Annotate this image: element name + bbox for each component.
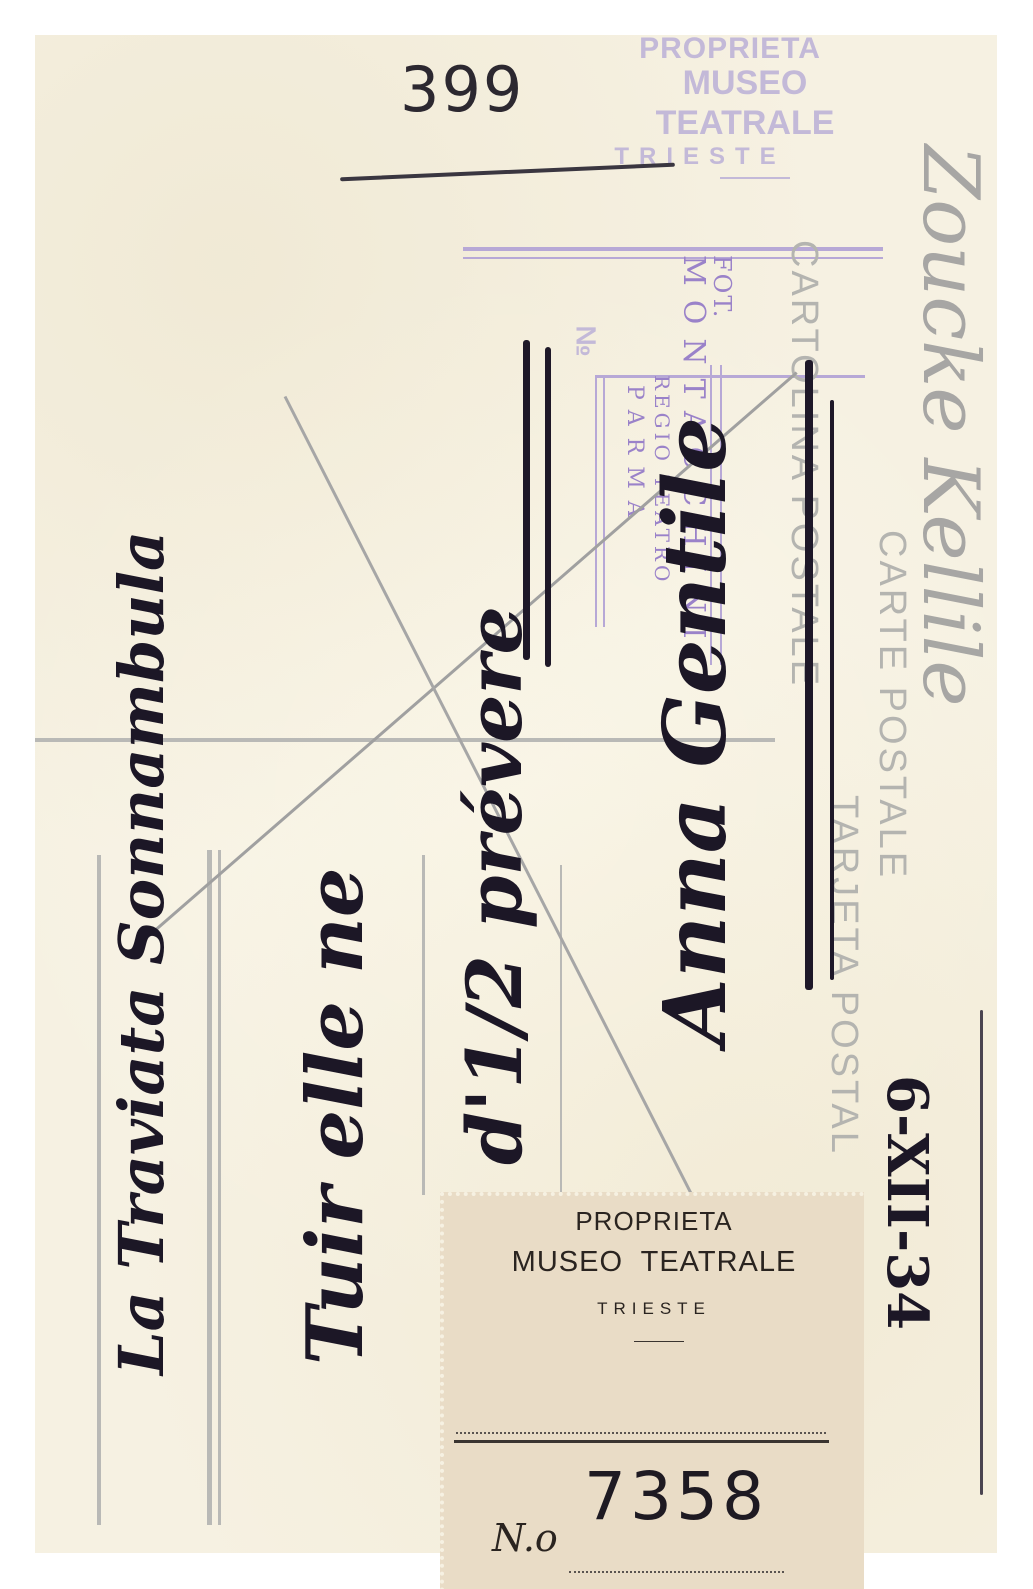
label-line1: PROPRIETA (444, 1206, 864, 1237)
label-number-prefix: N.o (492, 1516, 558, 1560)
top-stamp: PROPRIETA MUSEO TEATRALE TRIESTE (590, 35, 870, 179)
catalog-number: 399 (400, 53, 524, 126)
top-stamp-line1: PROPRIETA (590, 35, 870, 63)
label-line3: TRIESTE (444, 1299, 864, 1319)
handwriting-line-3: d'1/2 prévere (450, 606, 539, 1165)
underline-ink-1 (523, 340, 530, 660)
mid-rule-2 (560, 865, 562, 1195)
left-rule-2a (207, 850, 212, 1525)
left-rule-1 (97, 855, 101, 1525)
underline-ink-3 (805, 360, 813, 990)
number-mark: № (570, 325, 602, 356)
label-line2: MUSEO TEATRALE (444, 1246, 864, 1279)
postcard-back: PROPRIETA MUSEO TEATRALE TRIESTE 399 № F… (35, 35, 997, 1553)
label-bottom-dotted (569, 1571, 784, 1573)
photographer-fot: FOT. (708, 255, 736, 319)
top-stamp-line2: MUSEO TEATRALE (620, 63, 870, 143)
mid-rule (422, 855, 425, 1195)
label-number-value: 7358 (584, 1458, 768, 1535)
printed-cartolina: CARTOLINA POSTALE (782, 240, 825, 688)
museum-label: PROPRIETA MUSEO TEATRALE TRIESTE N.o 735… (440, 1192, 864, 1589)
underline-ink-2 (545, 347, 551, 667)
label-solid-rule (454, 1440, 829, 1443)
left-rule-2b (218, 850, 221, 1525)
printed-tarjeta: TARJETA POSTAL (822, 795, 865, 1156)
stamp-rule-left1 (595, 377, 597, 627)
label-short-rule (634, 1341, 684, 1342)
handwriting-line-2: Tuir elle ne (290, 868, 381, 1365)
date: 6-XII-34 (874, 1075, 940, 1330)
label-dotted-rule (456, 1432, 826, 1434)
pencil-note: Zoucke Kellile (905, 145, 995, 707)
underline-ink-4 (830, 400, 834, 980)
date-side-line (980, 1010, 983, 1495)
signature: Anna Gentile (645, 417, 746, 1045)
stamp-rule-left2 (603, 377, 605, 627)
handwriting-line-1: La Traviata Sonnambula (105, 531, 178, 1375)
